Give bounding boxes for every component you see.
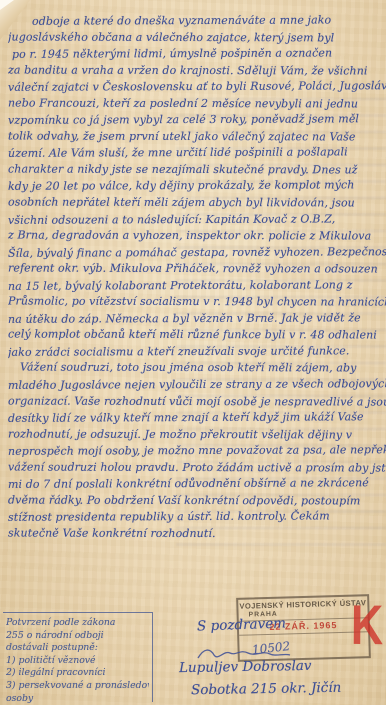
handwriting-line: Průsmolic, po vítězství socialismu v r. … xyxy=(8,294,386,312)
handwriting-line: všichni odsouzeni a to následující: Kapi… xyxy=(8,211,386,229)
handwriting-line: vážení soudruzi holou pravdu. Proto žádá… xyxy=(8,459,386,477)
handwriting-line: desítky lidí ze války kteří mne znají a … xyxy=(8,409,386,427)
handwriting-line: mi do 7 dní poslali konkrétní odůvodnění… xyxy=(8,475,386,493)
handwriting-line: skutečně Vaše konkrétní rozhodnutí. xyxy=(8,525,386,543)
handwriting-line: vzpomínku co já jsem vybyl za celé 3 rok… xyxy=(8,111,386,129)
margin-note-line: dostávali postupně: xyxy=(6,642,149,655)
handwriting-line: Šíla, bývalý financ a pomáhač gestapa, r… xyxy=(8,244,386,262)
handwriting-line: neprospěch mojí osoby, je možno mne pova… xyxy=(8,442,386,460)
handwriting-line: na útěku do záp. Německa a byl vězněn v … xyxy=(8,310,386,328)
handwriting-line: referent okr. výb. Mikulova Přiháček, ro… xyxy=(8,261,386,279)
handwritten-body: odboje a které do dneška vyznamenáváte a… xyxy=(8,13,386,543)
signature-address: Sobotka 215 okr. Jičín xyxy=(191,680,342,699)
handwriting-line: na 15 let, bývalý kolaborant Protektorát… xyxy=(8,277,386,295)
handwriting-line: kdy je 20 let po válce, kdy dějiny proká… xyxy=(8,178,386,196)
handwriting-line: tolik odvahy, že jsem první utekl jako v… xyxy=(8,128,386,146)
handwriting-line: váleční zajatci v Československu ať to b… xyxy=(8,78,386,96)
handwriting-line: stížnost presidenta republiky a ústř. li… xyxy=(8,509,386,527)
handwriting-line: nebo Francouzi, kteří za poslední 2 měsí… xyxy=(8,95,386,113)
handwriting-line: jako zrádci socialismu a kteří zneužíval… xyxy=(8,343,386,361)
handwriting-line: dvěma řádky. Po obdržení Vaší konkrétní … xyxy=(8,492,386,510)
margin-note-box: Potvrzení podle zákona 255 o národní odb… xyxy=(3,612,153,702)
handwriting-line: z Brna, degradován a vyhozen, inspektor … xyxy=(8,228,386,246)
handwriting-line: osobních nepřátel kteří měli zájem abych… xyxy=(8,195,386,213)
closing-salutation: S pozdravem xyxy=(197,615,286,634)
margin-note-line: Potvrzení podle zákona xyxy=(6,617,149,630)
handwriting-line: po r. 1945 některými lidmi, úmyslně pošp… xyxy=(12,45,386,63)
handwriting-line: celý komplot občanů kteří měli různé fun… xyxy=(8,327,386,345)
handwriting-line: Vážení soudruzi, toto jsou jména osob kt… xyxy=(20,360,386,378)
handwriting-line: jugoslávského občana a válečného zajatce… xyxy=(8,29,386,47)
signature-name: Lupuljev Dobroslav xyxy=(179,658,312,676)
handwriting-line: organizací. Vaše rozhodnutí vůči mojí os… xyxy=(8,393,386,411)
margin-note-line: 1) političtí věznové xyxy=(6,655,149,668)
handwriting-line: charakter a nikdy jste se nezajímali sku… xyxy=(8,161,386,179)
handwriting-line: území. Ale Vám sluší, že mne určití lidé… xyxy=(8,145,386,163)
handwriting-line: rozhodnutí, je odsuzují. Je možno překro… xyxy=(8,426,386,444)
handwriting-line: za banditu a vraha a vržen do krajnosti.… xyxy=(8,62,386,80)
handwriting-line: mladého Jugoslávce nejen vyloučili ze st… xyxy=(8,376,386,394)
margin-note-line: osoby xyxy=(6,693,149,705)
margin-note-line: 3) persekvované a pronásledované xyxy=(6,680,149,693)
handwriting-line: odboje a které do dneška vyznamenáváte a… xyxy=(32,12,386,30)
letter-page: odboje a které do dneška vyznamenáváte a… xyxy=(0,0,386,705)
red-censor-mark: K xyxy=(351,597,382,653)
margin-note-line: 255 o národní odboji xyxy=(6,630,149,643)
margin-note-line: 2) ilegální pracovníci xyxy=(6,667,149,680)
